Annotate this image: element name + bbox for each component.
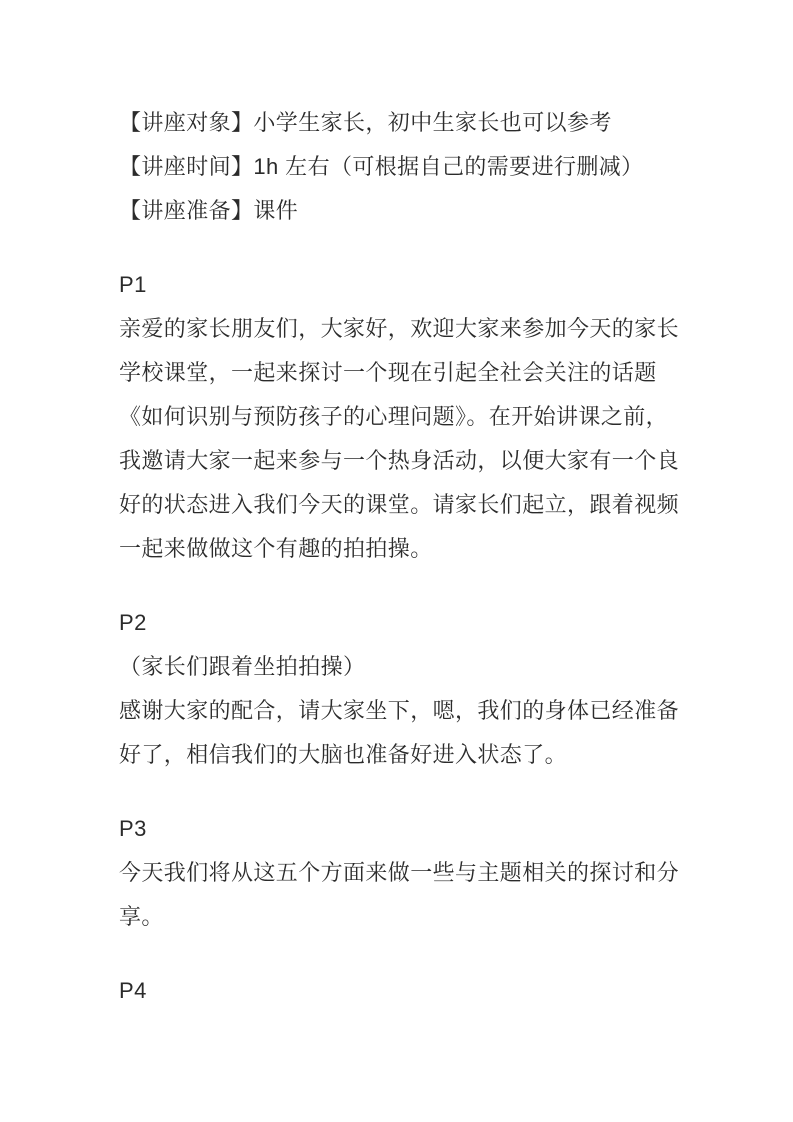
text-line: 好了，相信我们的大脑也准备好进入状态了。: [119, 733, 683, 777]
text-line: 好的状态进入我们今天的课堂。请家长们起立，跟着视频: [119, 483, 683, 527]
text-line: 学校课堂，一起来探讨一个现在引起全社会关注的话题: [119, 351, 683, 395]
text-line: 今天我们将从这五个方面来做一些与主题相关的探讨和分: [119, 851, 683, 895]
text-block-page-3: P3今天我们将从这五个方面来做一些与主题相关的探讨和分享。: [119, 807, 683, 939]
text-line: 一起来做做这个有趣的拍拍操。: [119, 527, 683, 571]
text-line: 《如何识别与预防孩子的心理问题》。在开始讲课之前，: [119, 395, 683, 439]
document-page: 【讲座对象】小学生家长，初中生家长也可以参考【讲座时间】1h 左右（可根据自己的…: [0, 0, 793, 1122]
page-marker: P2: [119, 601, 683, 645]
text-line: 亲爱的家长朋友们，大家好，欢迎大家来参加今天的家长: [119, 307, 683, 351]
text-line: 感谢大家的配合，请大家坐下，嗯，我们的身体已经准备: [119, 689, 683, 733]
page-marker: P1: [119, 263, 683, 307]
page-marker: P4: [119, 969, 683, 1013]
text-line: 享。: [119, 895, 683, 939]
text-line: 我邀请大家一起来参与一个热身活动，以便大家有一个良: [119, 439, 683, 483]
document-body: 【讲座对象】小学生家长，初中生家长也可以参考【讲座时间】1h 左右（可根据自己的…: [119, 101, 683, 1013]
text-line: （家长们跟着坐拍拍操）: [119, 645, 683, 689]
text-block-page-1: P1亲爱的家长朋友们，大家好，欢迎大家来参加今天的家长学校课堂，一起来探讨一个现…: [119, 263, 683, 571]
text-block-page-4: P4: [119, 969, 683, 1013]
text-block-page-2: P2（家长们跟着坐拍拍操）感谢大家的配合，请大家坐下，嗯，我们的身体已经准备好了…: [119, 601, 683, 777]
text-line: 【讲座准备】课件: [119, 189, 683, 233]
text-block-lecture-meta: 【讲座对象】小学生家长，初中生家长也可以参考【讲座时间】1h 左右（可根据自己的…: [119, 101, 683, 233]
text-line: 【讲座对象】小学生家长，初中生家长也可以参考: [119, 101, 683, 145]
page-marker: P3: [119, 807, 683, 851]
text-line: 【讲座时间】1h 左右（可根据自己的需要进行删减）: [119, 145, 683, 189]
